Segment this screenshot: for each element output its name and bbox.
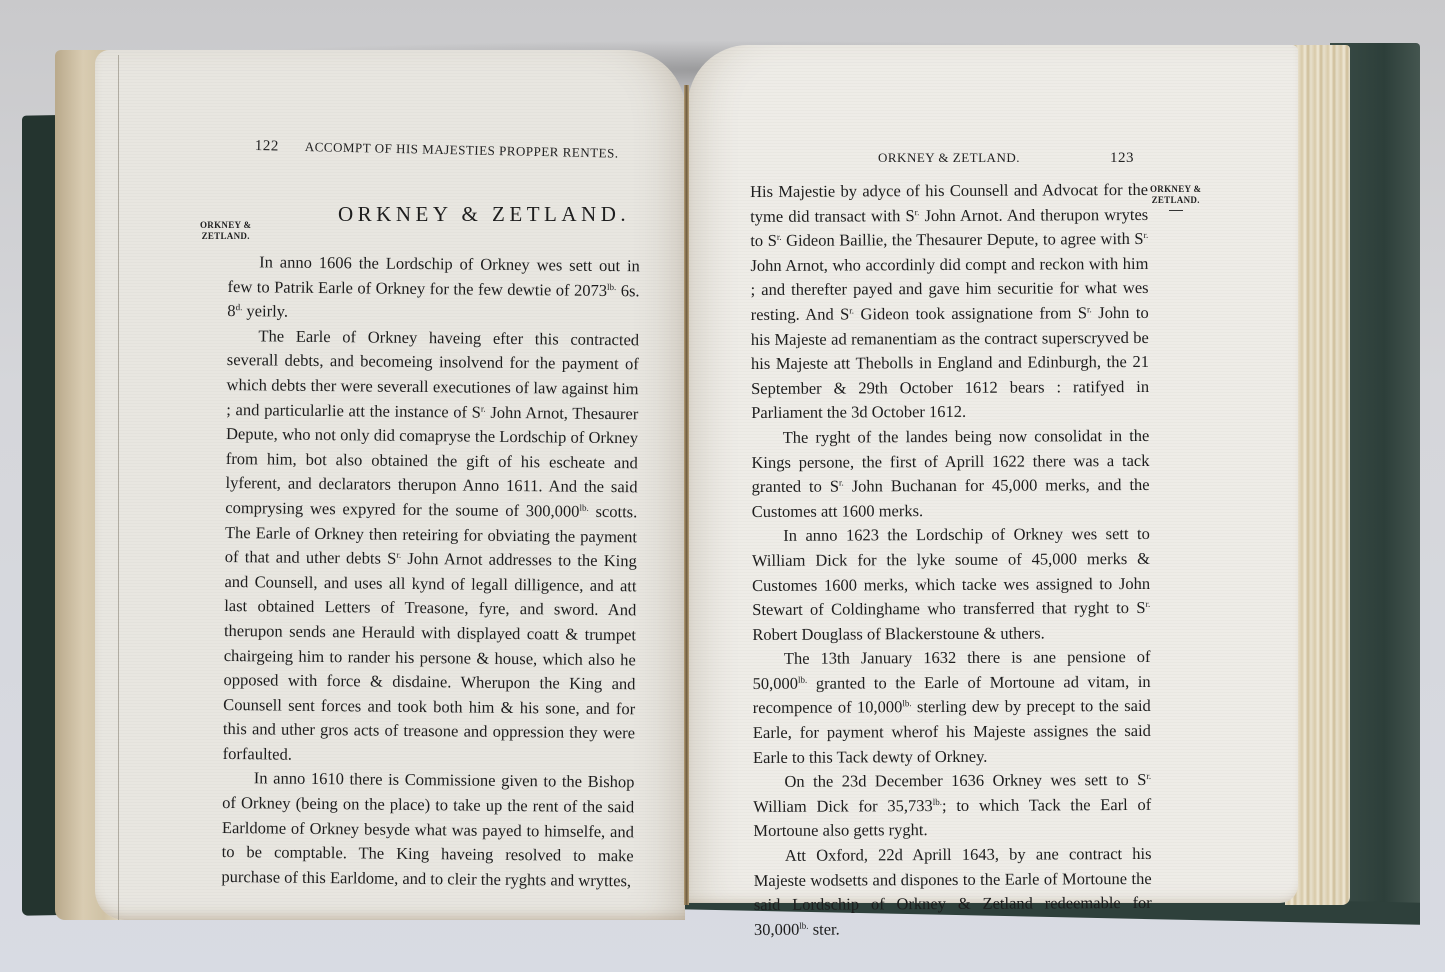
paragraph: The 13th January 1632 there is ane pensi… — [752, 645, 1151, 770]
paragraph: His Majestie by adyce of his Counsell an… — [750, 178, 1149, 426]
paragraph: Att Oxford, 22d Aprill 1643, by ane cont… — [753, 842, 1152, 942]
paragraph: On the 23d December 1636 Orkney wes sett… — [753, 768, 1151, 844]
section-title: ORKNEY & ZETLAND. — [338, 202, 630, 227]
left-page-number: 122 — [255, 138, 279, 154]
sidenote-rule — [1169, 210, 1183, 211]
right-page-body: His Majestie by adyce of his Counsell an… — [750, 178, 1152, 942]
right-running-head: ORKNEY & ZETLAND.123 — [878, 150, 1134, 167]
left-page-body: In anno 1606 the Lordschip of Orkney wes… — [221, 250, 640, 894]
paragraph: In anno 1610 there is Commissione given … — [221, 766, 634, 893]
paragraph: The Earle of Orkney haveing efter this c… — [223, 324, 640, 771]
paragraph: In anno 1606 the Lordschip of Orkney wes… — [227, 250, 640, 328]
page-edge-line — [118, 55, 119, 920]
right-page-number: 123 — [1110, 150, 1134, 166]
book-gutter — [684, 85, 689, 905]
left-sidenote: ORKNEY & ZETLAND. — [200, 220, 251, 242]
paragraph: The ryght of the landes being now consol… — [751, 424, 1150, 524]
right-sidenote: ORKNEY & ZETLAND. — [1150, 184, 1201, 211]
paragraph: In anno 1623 the Lordschip of Orkney wes… — [752, 522, 1151, 647]
right-running-title: ORKNEY & ZETLAND. — [878, 150, 1020, 165]
